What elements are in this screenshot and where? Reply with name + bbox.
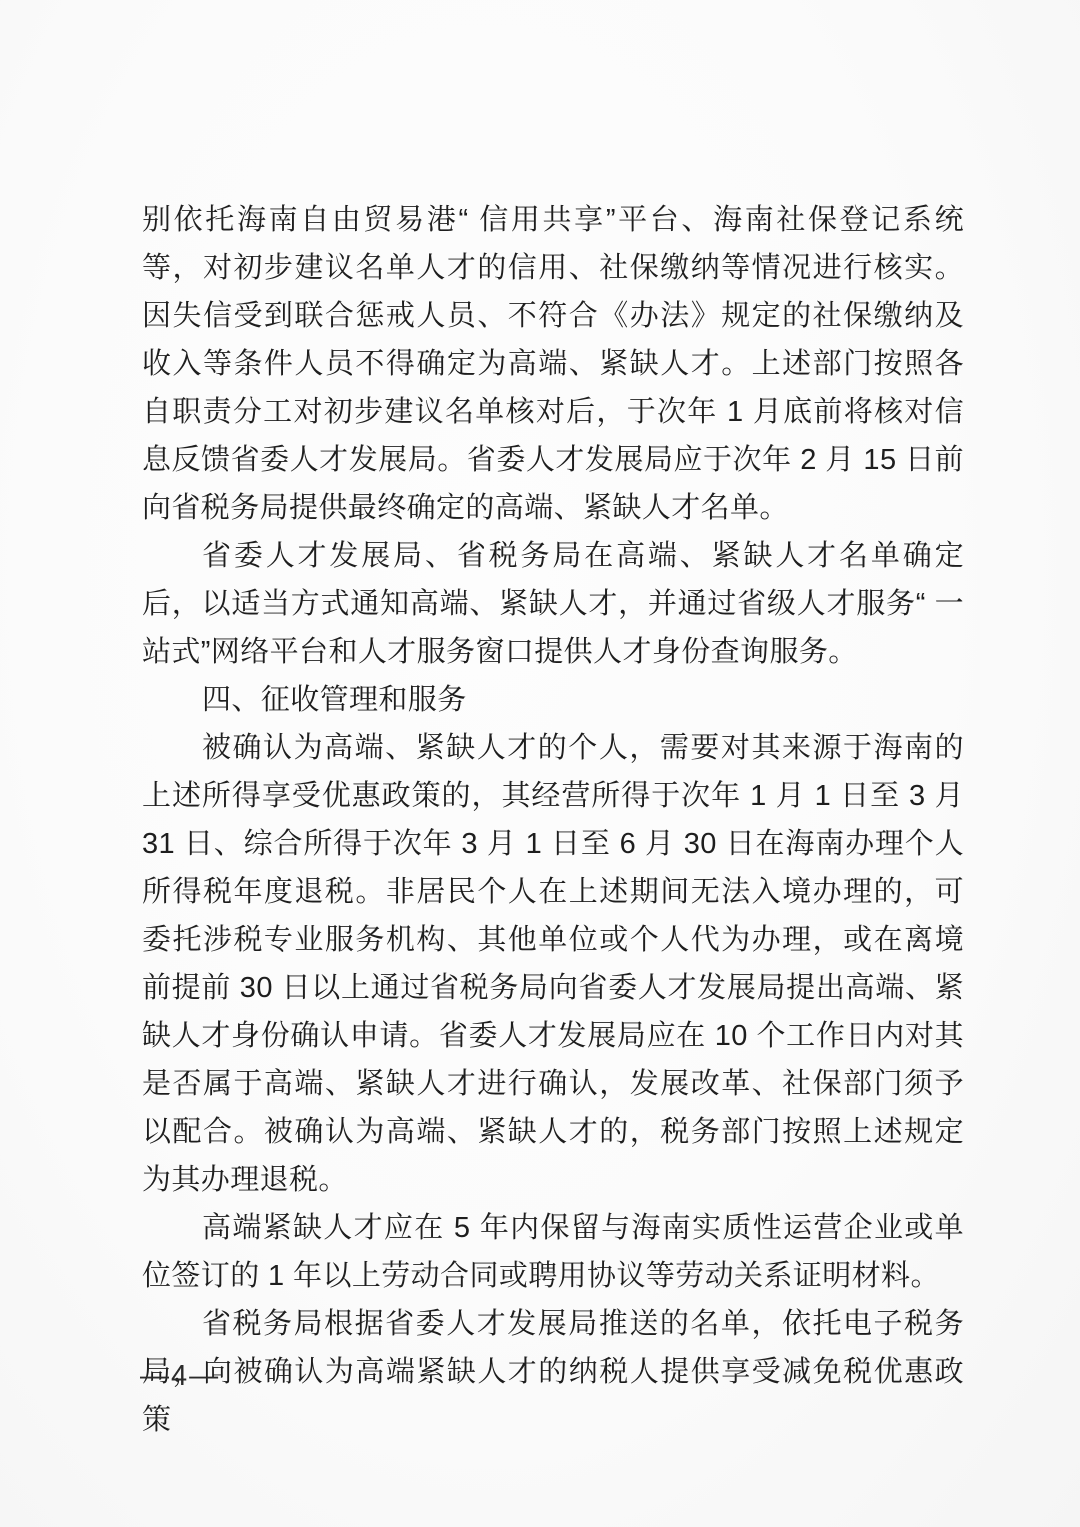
paragraph-continuation: 别依托海南自由贸易港“ 信用共享”平台、海南社保登记系统等，对初步建议名单人才的…	[142, 196, 964, 532]
document-page: 别依托海南自由贸易港“ 信用共享”平台、海南社保登记系统等，对初步建议名单人才的…	[0, 0, 1080, 1527]
document-text-block: 别依托海南自由贸易港“ 信用共享”平台、海南社保登记系统等，对初步建议名单人才的…	[142, 196, 964, 1444]
paragraph: 被确认为高端、紧缺人才的个人，需要对其来源于海南的上述所得享受优惠政策的，其经营…	[142, 724, 964, 1204]
paragraph: 高端紧缺人才应在 5 年内保留与海南实质性运营企业或单位签订的 1 年以上劳动合…	[142, 1204, 964, 1300]
paragraph: 省委人才发展局、省税务局在高端、紧缺人才名单确定后，以适当方式通知高端、紧缺人才…	[142, 532, 964, 676]
paragraph: 省税务局根据省委人才发展局推送的名单，依托电子税务局，向被确认为高端紧缺人才的纳…	[142, 1300, 964, 1444]
page-number: —4—	[140, 1352, 220, 1400]
section-heading: 四、征收管理和服务	[142, 676, 964, 724]
